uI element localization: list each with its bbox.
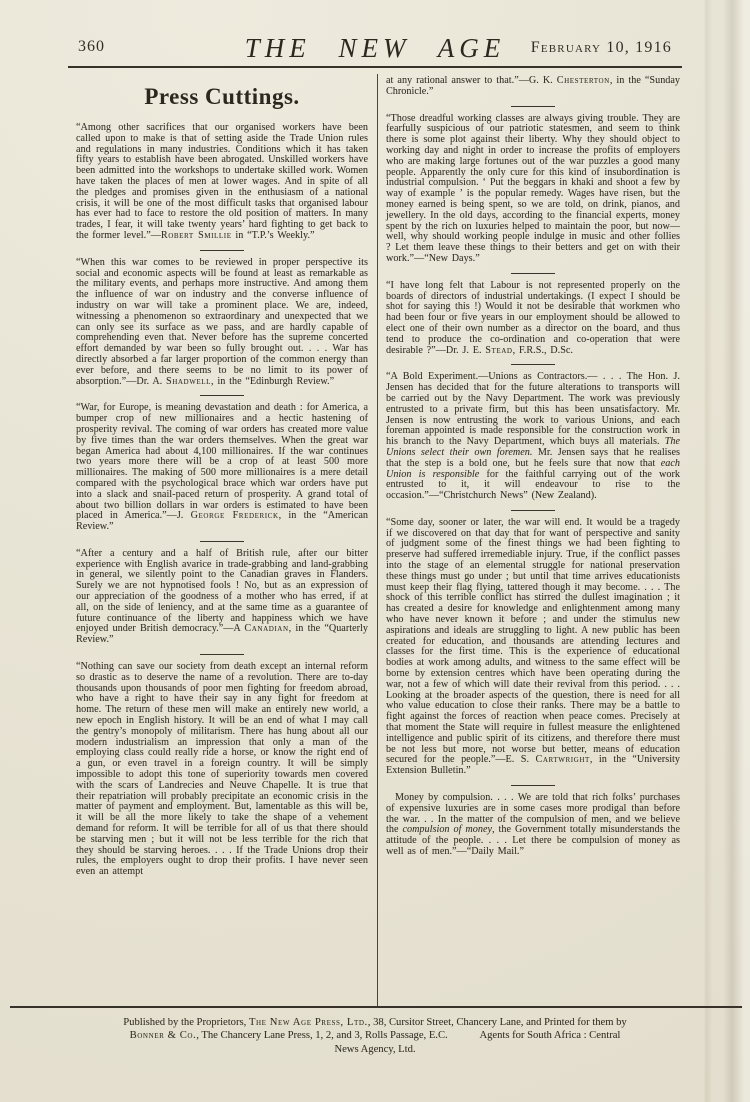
attribution-name: Cartwright bbox=[536, 754, 590, 765]
right-column: at any rational answer to that.”—G. K. C… bbox=[386, 76, 680, 858]
left-column-paragraphs: “Among other sacrifices that our organis… bbox=[76, 123, 368, 878]
body-text: “Nothing can save our society from death… bbox=[76, 661, 368, 877]
press-cutting-paragraph: “When this war comes to be reviewed in p… bbox=[76, 258, 368, 388]
paragraph-separator bbox=[200, 654, 244, 655]
body-text: “Some day, sooner or later, the war will… bbox=[386, 517, 680, 766]
press-cutting-paragraph: “Nothing can save our society from death… bbox=[76, 662, 368, 878]
paragraph-separator bbox=[511, 106, 555, 107]
body-text: , F.R.S., D.Sc. bbox=[513, 345, 573, 356]
attribution-name: The New Age Press, Ltd. bbox=[249, 1017, 368, 1028]
body-text: at any rational answer to that.”—G. K. bbox=[386, 75, 557, 86]
press-cutting-paragraph: Money by compulsion. . . . We are told t… bbox=[386, 793, 680, 858]
paragraph-separator bbox=[200, 395, 244, 396]
paragraph-separator bbox=[511, 364, 555, 365]
imprint-line-2: Bonner & Co., The Chancery Lane Press, 1… bbox=[58, 1029, 692, 1042]
attribution-name: Canadian bbox=[244, 623, 288, 634]
attribution-name: Bonner & Co. bbox=[130, 1030, 197, 1041]
attribution-name: George Frederick bbox=[191, 510, 279, 521]
body-text: Published by the Proprietors, bbox=[123, 1017, 249, 1028]
left-column: Press Cuttings. “Among other sacrifices … bbox=[76, 76, 368, 878]
header-rule bbox=[68, 66, 682, 68]
press-cutting-paragraph: “War, for Europe, is meaning devastation… bbox=[76, 403, 368, 533]
imprint-footer: Published by the Proprietors, The New Ag… bbox=[58, 1016, 692, 1056]
body-text: “Among other sacrifices that our organis… bbox=[76, 122, 368, 241]
paragraph-separator bbox=[511, 510, 555, 511]
attribution-name: Stead bbox=[485, 345, 512, 356]
attribution-name: Shadwell bbox=[166, 376, 211, 387]
body-text: “After a century and a half of British r… bbox=[76, 548, 368, 635]
body-text: , The Chancery Lane Press, 1, 2, and 3, … bbox=[196, 1030, 620, 1041]
imprint-line-1: Published by the Proprietors, The New Ag… bbox=[58, 1016, 692, 1029]
body-text: , in the “Edinburgh Review.” bbox=[211, 376, 334, 387]
press-cutting-paragraph: “Among other sacrifices that our organis… bbox=[76, 123, 368, 242]
imprint-line-3: News Agency, Ltd. bbox=[58, 1043, 692, 1056]
emphasized-text: compulsion of money bbox=[402, 824, 492, 835]
body-text: “A Bold Experiment.—Unions as Contractor… bbox=[386, 371, 680, 447]
press-cutting-paragraph: “Those dreadful working classes are alwa… bbox=[386, 114, 680, 265]
press-cutting-paragraph: “After a century and a half of British r… bbox=[76, 549, 368, 646]
attribution-name: Chesterton bbox=[557, 75, 610, 86]
body-text: “Those dreadful working classes are alwa… bbox=[386, 113, 680, 264]
press-cutting-paragraph: at any rational answer to that.”—G. K. C… bbox=[386, 76, 680, 98]
body-text: in “T.P.’s Weekly.” bbox=[232, 230, 315, 241]
body-text: , 38, Cursitor Street, Chancery Lane, an… bbox=[368, 1017, 627, 1028]
body-text: News Agency, Ltd. bbox=[334, 1044, 415, 1055]
column-divider-rule bbox=[377, 74, 378, 1006]
paragraph-separator bbox=[200, 541, 244, 542]
issue-date: February 10, 1916 bbox=[531, 39, 672, 57]
press-cutting-paragraph: “I have long felt that Labour is not rep… bbox=[386, 281, 680, 357]
paragraph-separator bbox=[200, 250, 244, 251]
right-column-paragraphs: at any rational answer to that.”—G. K. C… bbox=[386, 76, 680, 858]
attribution-name: Robert Smillie bbox=[161, 230, 232, 241]
body-text: “War, for Europe, is meaning devastation… bbox=[76, 402, 368, 521]
press-cutting-paragraph: “A Bold Experiment.—Unions as Contractor… bbox=[386, 372, 680, 502]
press-cutting-paragraph: “Some day, sooner or later, the war will… bbox=[386, 518, 680, 777]
body-text: “When this war comes to be reviewed in p… bbox=[76, 257, 368, 387]
section-title: Press Cuttings. bbox=[76, 84, 368, 110]
footer-rule bbox=[10, 1006, 742, 1008]
paragraph-separator bbox=[511, 785, 555, 786]
magazine-page: 360 THE NEW AGE February 10, 1916 Press … bbox=[0, 0, 750, 1102]
paragraph-separator bbox=[511, 273, 555, 274]
